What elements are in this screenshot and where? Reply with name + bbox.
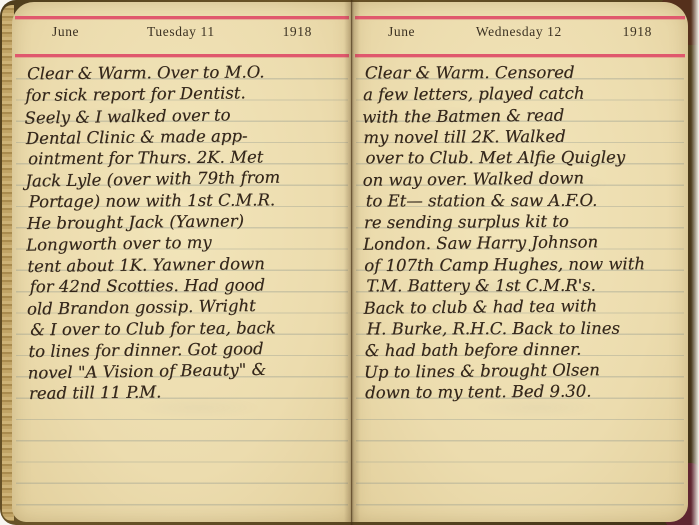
diary-page-left: June Tuesday 11 1918 Clear & Warm. Over … (12, 2, 352, 522)
diary-entry-left: Clear & Warm. Over to M.O.for sick repor… (25, 60, 361, 405)
header-month: June (52, 24, 79, 40)
entry-line: down to my tent. Bed 9.30. (365, 380, 697, 404)
diary-photo: June Tuesday 11 1918 Clear & Warm. Over … (0, 0, 699, 525)
book-gutter-crease (351, 0, 352, 525)
page-header: June Tuesday 11 1918 (12, 24, 352, 40)
header-day: Wednesday 12 (476, 24, 562, 40)
entry-line: over to Club. Met Alfie Quigley (365, 147, 697, 169)
entry-line: Up to lines & brought Olsen (364, 358, 696, 383)
diary-page-right: June Wednesday 12 1918 Clear & Warm. Cen… (352, 2, 688, 522)
entry-line: with the Batmen & read (362, 103, 694, 128)
header-rule-bottom (355, 54, 685, 57)
entry-line: read till 11 P.M. (29, 379, 361, 404)
entry-line: Clear & Warm. Over to M.O. (27, 61, 359, 85)
header-rule-top (355, 16, 685, 19)
entry-line: & had bath before dinner. (365, 338, 697, 362)
scan-edge (691, 0, 699, 525)
entry-line: Back to club & had tea with (363, 295, 695, 320)
entry-line: my novel till 2K. Walked (363, 125, 695, 149)
header-month: June (388, 24, 415, 40)
entry-line: Clear & Warm. Censored (365, 62, 697, 84)
entry-line: on way over. Walked down (363, 167, 695, 192)
entry-line: & I over to Club for tea, back (30, 316, 362, 340)
entry-line: a few letters, played catch (363, 82, 695, 106)
entry-line: Portage) now with 1st C.M.R. (29, 188, 361, 212)
header-day: Tuesday 11 (147, 24, 215, 40)
entry-line: H. Burke, R.H.C. Back to lines (367, 317, 699, 339)
entry-line: T.M. Battery & 1st C.M.R's. (366, 275, 698, 297)
entry-line: of 107th Camp Hughes, now with (364, 253, 696, 277)
diary-entry-right: Clear & Warm. Censoreda few letters, pla… (363, 61, 697, 404)
entry-line: to Et— station & saw A.F.O. (366, 189, 698, 211)
header-rule-top (15, 16, 349, 19)
book-gutter (344, 0, 360, 525)
header-year: 1918 (623, 24, 652, 40)
page-header: June Wednesday 12 1918 (352, 24, 688, 40)
entry-line: London. Saw Harry Johnson (363, 231, 695, 256)
header-year: 1918 (283, 24, 312, 40)
header-rule-bottom (15, 54, 349, 57)
